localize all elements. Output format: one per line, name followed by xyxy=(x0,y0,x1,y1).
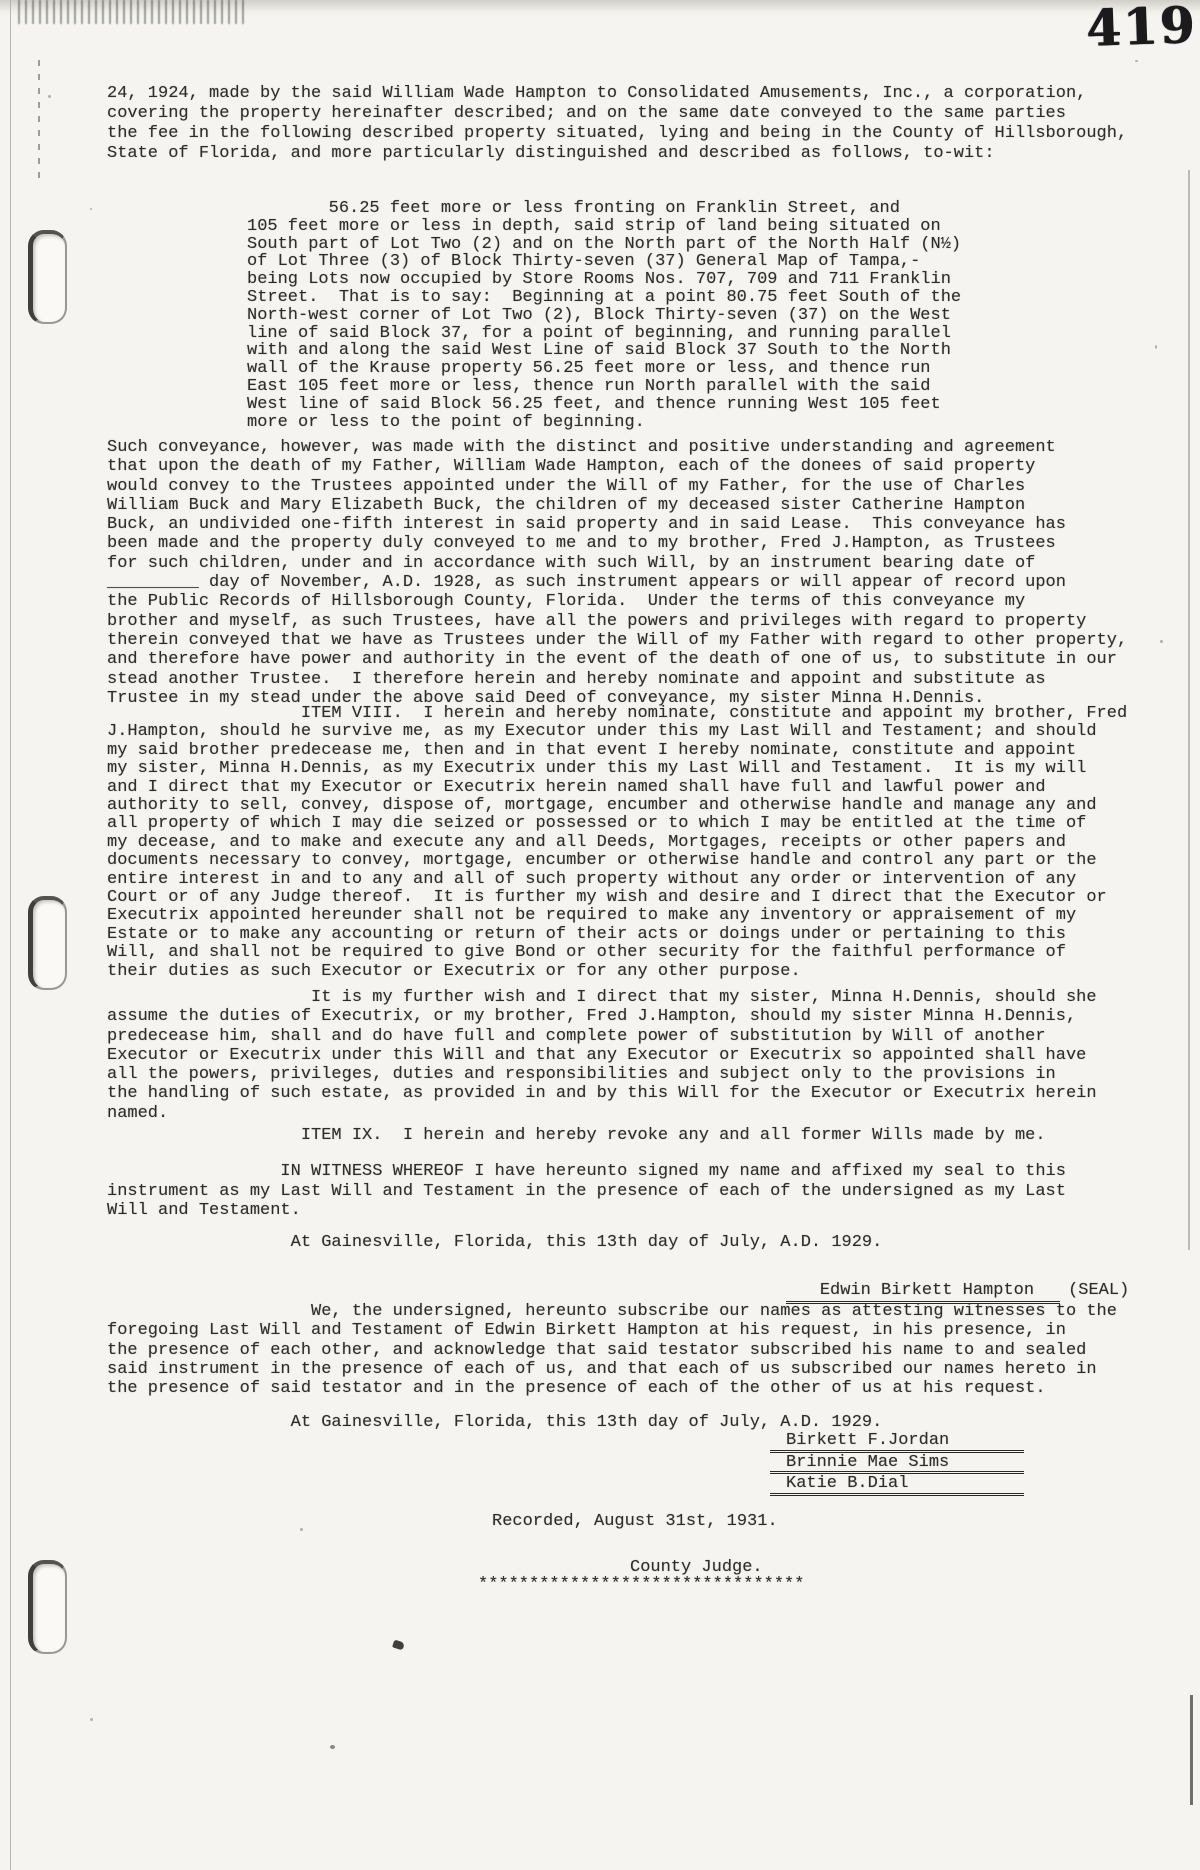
scan-speckle xyxy=(300,1528,303,1531)
witness-signature-name: Brinnie Mae Sims xyxy=(770,1454,1024,1475)
witness-signature-row: Brinnie Mae Sims xyxy=(770,1454,1024,1475)
scan-speckle xyxy=(1155,345,1157,349)
punch-hole-middle xyxy=(28,896,67,990)
paragraph-opening: 24, 1924, made by the said William Wade … xyxy=(107,84,1127,164)
paragraph-attestation: We, the undersigned, hereunto subscribe … xyxy=(107,1302,1117,1398)
paragraph-conveyance: Such conveyance, however, was made with … xyxy=(107,438,1127,708)
paragraph-item-viii: ITEM VIII. I herein and hereby nominate,… xyxy=(107,705,1127,981)
witness-signatures: Birkett F.Jordan Brinnie Mae Sims Katie … xyxy=(770,1432,1024,1497)
seal-label: (SEAL) xyxy=(1060,1281,1129,1300)
paragraph-item-ix: ITEM IX. I herein and hereby revoke any … xyxy=(107,1126,1046,1145)
asterisk-divider: ******************************** xyxy=(478,1575,804,1594)
punch-hole-bottom xyxy=(28,1560,67,1654)
scan-smudge-top-left xyxy=(18,0,248,24)
witness-signature-row: Birkett F.Jordan xyxy=(770,1432,1024,1453)
witness-signature-row: Katie B.Dial xyxy=(770,1475,1024,1496)
scan-edge-line-right-lower xyxy=(1190,1695,1193,1805)
witness-signature-name: Katie B.Dial xyxy=(770,1475,1024,1496)
paragraph-further-wish: It is my further wish and I direct that … xyxy=(107,988,1097,1123)
scanned-will-page: 419 24, 1924, made by the said William W… xyxy=(0,0,1200,1870)
recorded-line: Recorded, August 31st, 1931. xyxy=(492,1512,778,1531)
scan-edge-line-left xyxy=(10,0,11,1870)
scan-speckle xyxy=(1160,640,1163,643)
dateline-second: At Gainesville, Florida, this 13th day o… xyxy=(107,1413,882,1432)
scan-speckle xyxy=(90,1718,93,1721)
scan-speckle xyxy=(90,208,92,210)
dateline-first: At Gainesville, Florida, this 13th day o… xyxy=(107,1233,882,1252)
punch-hole-top xyxy=(28,230,67,324)
scan-margin-marks xyxy=(38,60,40,180)
scan-speckle xyxy=(330,1745,335,1749)
paragraph-in-witness: IN WITNESS WHEREOF I have hereunto signe… xyxy=(107,1162,1066,1221)
scan-speckle xyxy=(48,95,51,98)
page-number: 419 xyxy=(1085,0,1197,54)
scan-ink-blot xyxy=(392,1639,405,1650)
testator-signature-name: Edwin Birkett Hampton xyxy=(786,1281,1060,1304)
legal-description-block: 56.25 feet more or less fronting on Fran… xyxy=(247,200,961,431)
scan-edge-line-right xyxy=(1188,170,1190,1250)
scan-speckle xyxy=(1135,60,1138,62)
witness-signature-name: Birkett F.Jordan xyxy=(770,1432,1024,1453)
